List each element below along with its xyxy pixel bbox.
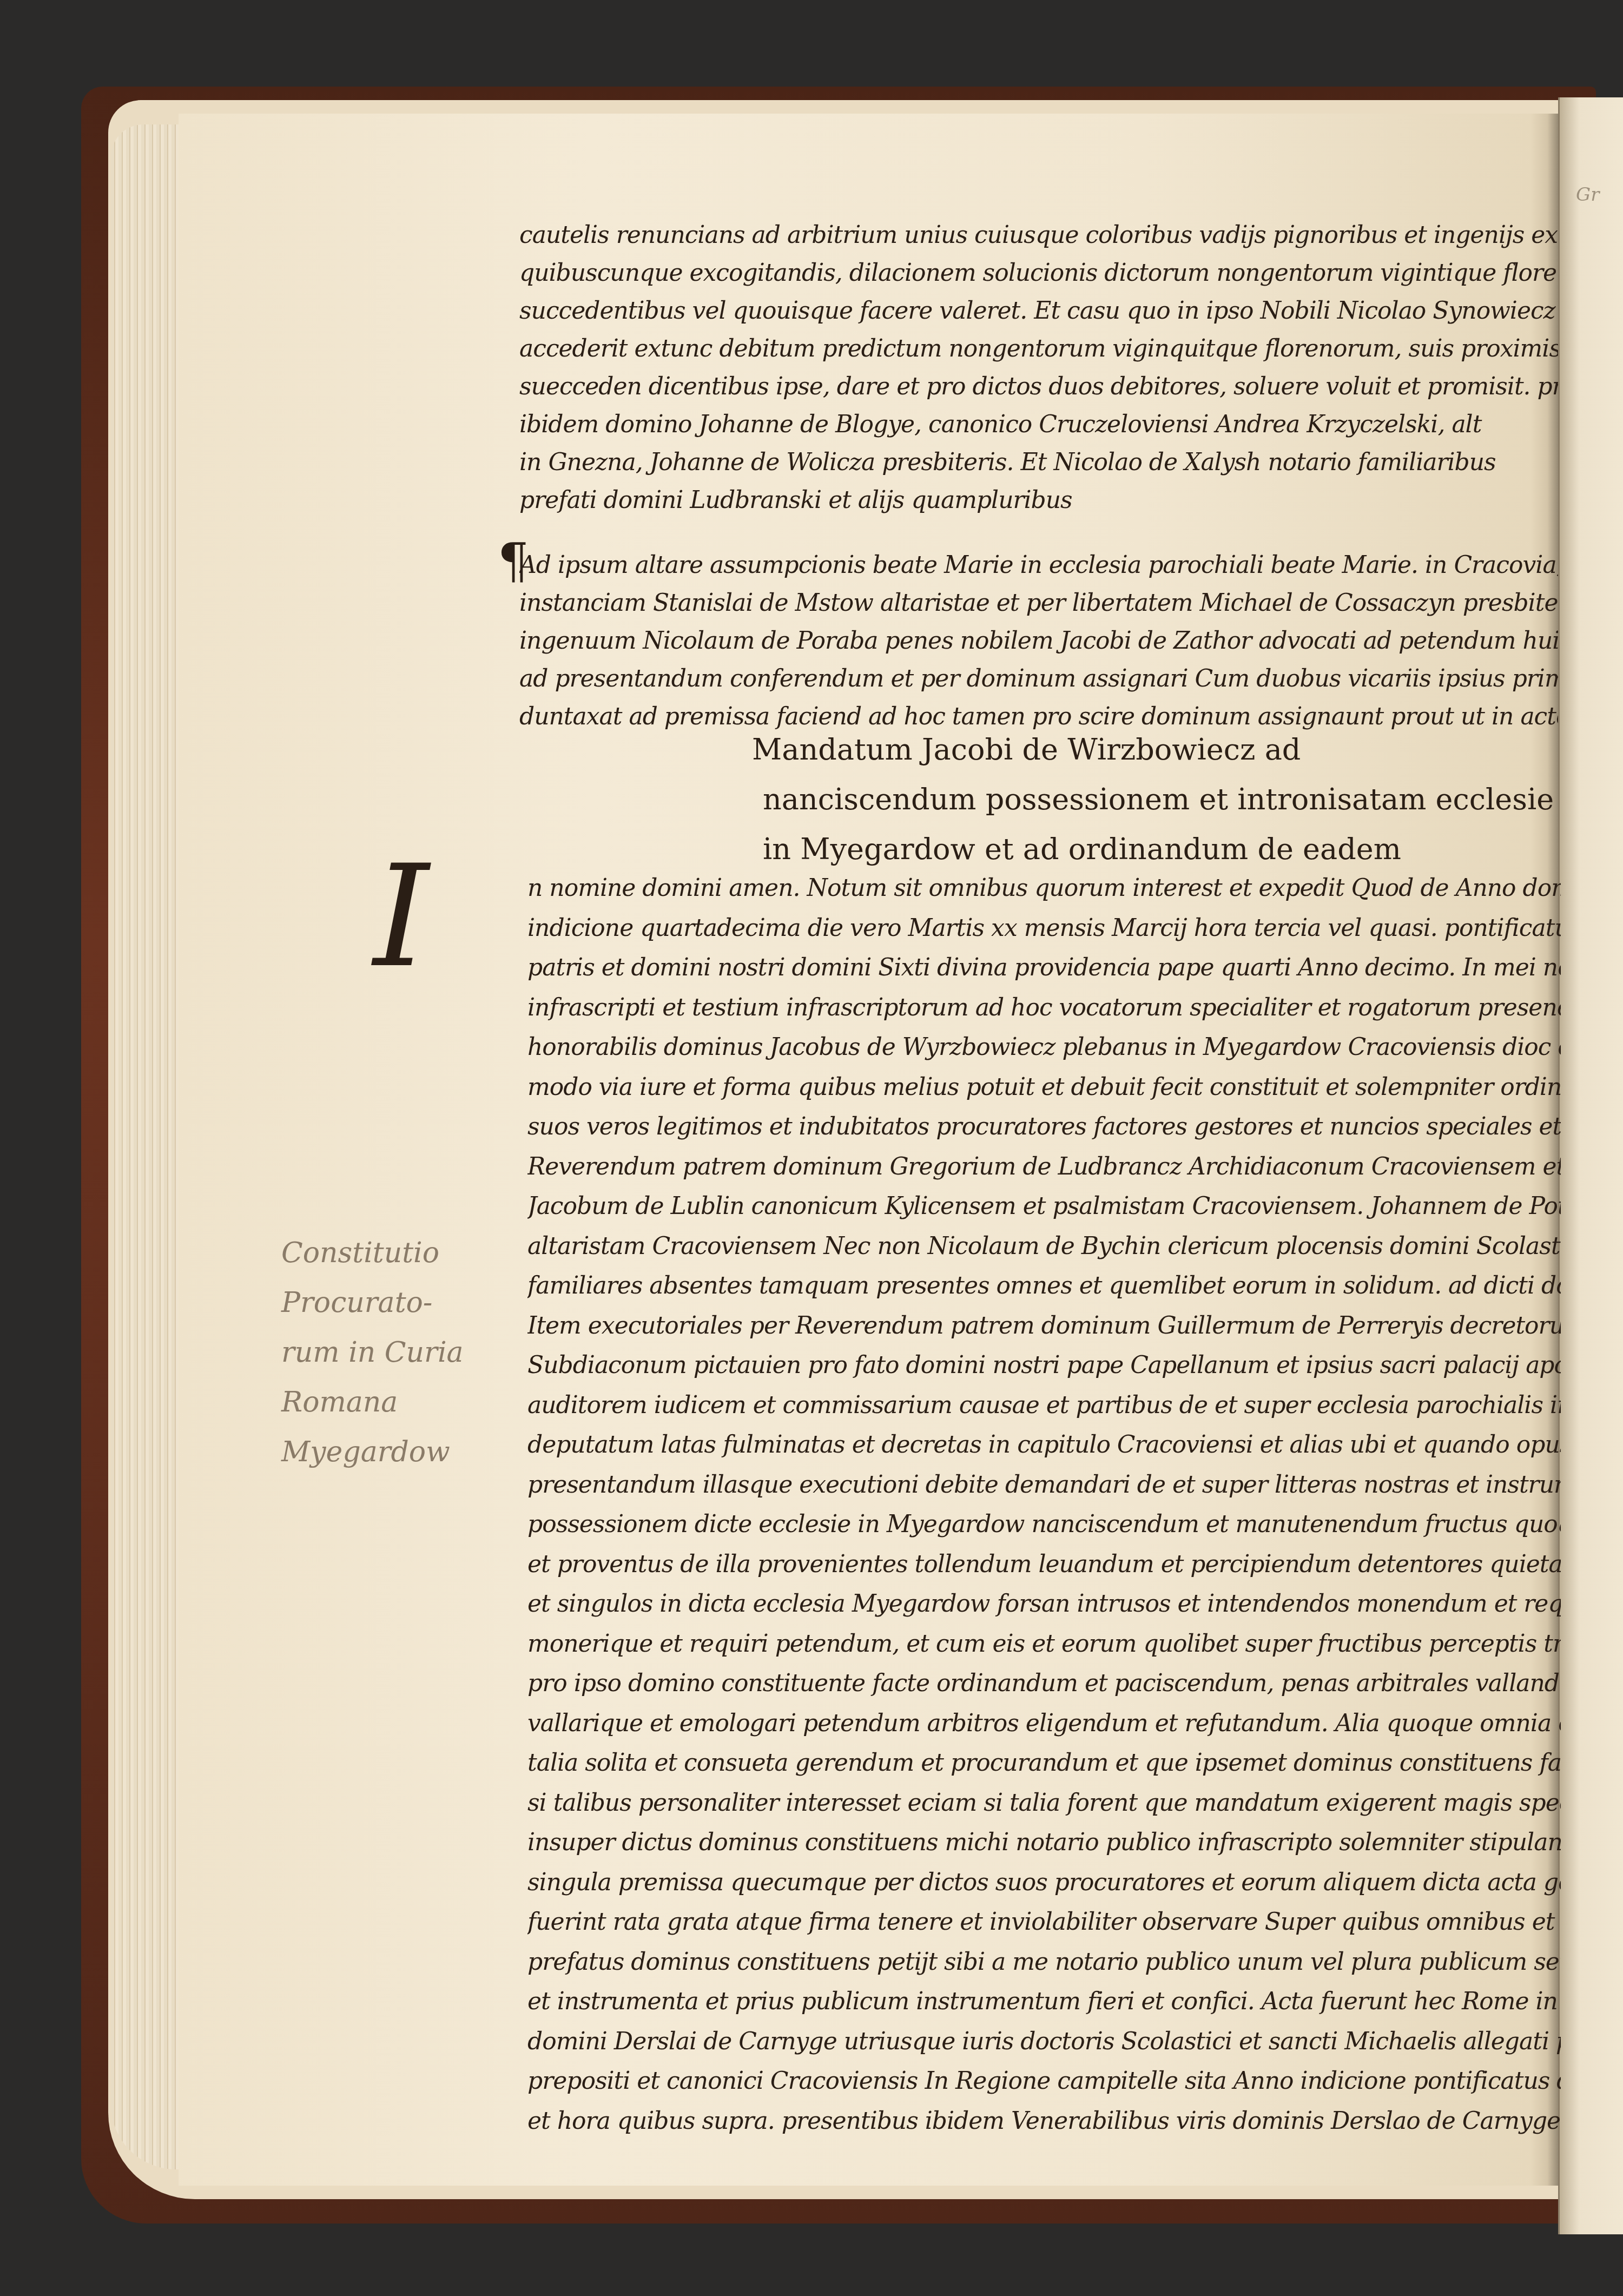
text-line: ingenuum Nicolaum de Poraba penes nobile… xyxy=(519,622,1558,660)
facing-leaf-text: Gr xyxy=(1576,184,1599,206)
text-line: vallarique et emologari petendum arbitro… xyxy=(527,1704,1561,1744)
facing-leaf: Gr xyxy=(1558,97,1623,2234)
text-line: si talibus personaliter interesset eciam… xyxy=(527,1783,1561,1823)
text-line: singula premissa quecumque per dictos su… xyxy=(527,1863,1561,1903)
text-line: familiares absentes tamquam presentes om… xyxy=(527,1266,1561,1306)
text-line: et instrumenta et prius publicum instrum… xyxy=(527,1982,1561,2022)
margin-line: Constitutio xyxy=(281,1228,514,1278)
text-line: et singulos in dicta ecclesia Myegardow … xyxy=(527,1584,1561,1624)
text-line: infrascripti et testium infrascriptorum … xyxy=(527,988,1561,1028)
text-line: insuper dictus dominus constituens michi… xyxy=(527,1823,1561,1863)
text-line: cautelis renuncians ad arbitrium unius c… xyxy=(519,216,1558,254)
text-line: possessionem dicte ecclesie in Myegardow… xyxy=(527,1505,1561,1545)
text-line: n nomine domini amen. Notum sit omnibus … xyxy=(527,868,1561,908)
top-paragraph: cautelis renuncians ad arbitrium unius c… xyxy=(519,216,1558,519)
text-line: et hora quibus supra. presentibus ibidem… xyxy=(527,2101,1561,2141)
page-fore-edges xyxy=(111,124,181,2169)
second-paragraph: Ad ipsum altare assumpcionis beate Marie… xyxy=(519,546,1558,736)
margin-annotation: Constitutio Procurato- rum in Curia Roma… xyxy=(281,1228,514,1477)
text-line: presentandum illasque executioni debite … xyxy=(527,1465,1561,1505)
text-line: fuerint rata grata atque firma tenere et… xyxy=(527,1902,1561,1942)
text-line: ibidem domino Johanne de Blogye, canonic… xyxy=(519,406,1558,444)
text-line: succedentibus vel quouisque facere valer… xyxy=(519,292,1558,330)
margin-line: Myegardow xyxy=(281,1427,514,1477)
text-line: Item executoriales per Reverendum patrem… xyxy=(527,1306,1561,1346)
text-line: prepositi et canonici Cracoviensis In Re… xyxy=(527,2061,1561,2101)
section-heading: Mandatum Jacobi de Wirzbowiecz ad nancis… xyxy=(720,725,1423,874)
decorated-initial: I xyxy=(373,847,429,987)
text-line: modo via iure et forma quibus melius pot… xyxy=(527,1067,1561,1107)
text-line: domini Derslai de Carnyge utriusque iuri… xyxy=(527,2022,1561,2062)
text-line: indicione quartadecima die vero Martis x… xyxy=(527,908,1561,948)
text-line: talia solita et consueta gerendum et pro… xyxy=(527,1743,1561,1783)
text-line: suos veros legitimos et indubitatos proc… xyxy=(527,1107,1561,1147)
text-line: quibuscunque excogitandis, dilacionem so… xyxy=(519,254,1558,292)
text-line: instanciam Stanislai de Mstow altaristae… xyxy=(519,584,1558,622)
text-line: monerique et requiri petendum, et cum ei… xyxy=(527,1624,1561,1664)
text-line: honorabilis dominus Jacobus de Wyrzbowie… xyxy=(527,1027,1561,1067)
text-line: pro ipso domino constituente facte ordin… xyxy=(527,1664,1561,1704)
text-line: auditorem iudicem et commissarium causae… xyxy=(527,1385,1561,1426)
text-line: prefatus dominus constituens petijt sibi… xyxy=(527,1942,1561,1982)
text-line: deputatum latas fulminatas et decretas i… xyxy=(527,1425,1561,1465)
text-line: prefati domini Ludbranski et alijs quamp… xyxy=(519,481,1558,519)
text-line: Subdiaconum pictauien pro fato domini no… xyxy=(527,1345,1561,1385)
text-line: Jacobum de Lublin canonicum Kylicensem e… xyxy=(527,1186,1561,1226)
margin-line: Procurato- xyxy=(281,1278,514,1328)
text-line: ad presentandum conferendum et per domin… xyxy=(519,660,1558,698)
text-line: et proventus de illa provenientes tollen… xyxy=(527,1545,1561,1585)
main-paragraph: n nomine domini amen. Notum sit omnibus … xyxy=(527,868,1561,2141)
text-line: suecceden dicentibus ipse, dare et pro d… xyxy=(519,368,1558,406)
text-line: altaristam Cracoviensem Nec non Nicolaum… xyxy=(527,1226,1561,1266)
text-line: patris et domini nostri domini Sixti div… xyxy=(527,948,1561,988)
margin-line: rum in Curia xyxy=(281,1328,514,1377)
text-line: accederit extunc debitum predictum nonge… xyxy=(519,330,1558,368)
heading-line: in Myegardow et ad ordinandum de eadem xyxy=(720,824,1423,874)
heading-line: Mandatum Jacobi de Wirzbowiecz ad xyxy=(720,725,1423,775)
heading-line: nanciscendum possessionem et intronisata… xyxy=(720,775,1423,824)
margin-line: Romana xyxy=(281,1377,514,1427)
text-line: Reverendum patrem dominum Gregorium de L… xyxy=(527,1147,1561,1187)
text-line: in Gnezna, Johanne de Wolicza presbiteri… xyxy=(519,444,1558,481)
text-line: Ad ipsum altare assumpcionis beate Marie… xyxy=(519,546,1558,584)
